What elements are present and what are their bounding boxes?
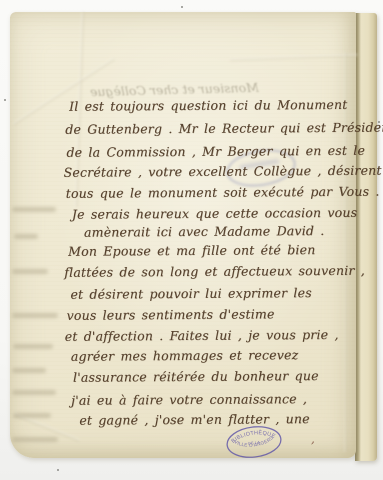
letter-line: l'assurance réitérée du bonheur que bbox=[73, 368, 319, 386]
letter-line: agréer mes hommages et recevez bbox=[71, 347, 299, 365]
letter-line: amènerait ici avec Madame David . bbox=[84, 223, 325, 241]
dust-speck bbox=[57, 469, 59, 471]
letter-line: Je serais heureux que cette occasion vou… bbox=[72, 205, 357, 223]
letter-line: Il est toujours question ici du Monument bbox=[69, 97, 347, 115]
letter-line: j'ai eu à faire votre connaissance , bbox=[71, 391, 307, 409]
ink-mark: , bbox=[311, 432, 315, 446]
letter-line: Secrétaire , votre excellent Collègue , … bbox=[64, 163, 382, 181]
letter-line: tous que le monument soit exécuté par Vo… bbox=[66, 184, 380, 202]
letter-line: de Guttenberg . Mr le Recteur qui est Pr… bbox=[65, 120, 383, 138]
letter-line: flattées de son long et affectueux souve… bbox=[64, 263, 365, 281]
dust-speck bbox=[378, 121, 380, 123]
letter-line: de la Commission , Mr Berger qui en est … bbox=[66, 143, 365, 161]
dust-speck bbox=[4, 99, 6, 101]
scan-viewport: Monsieur et cher Collègue Il est toujour… bbox=[0, 0, 383, 480]
library-stamp: BIBLIOTHÈQUE DE LA VILLE D'ANGERS bbox=[223, 421, 285, 464]
letter-line: et désirent pouvoir lui exprimer les bbox=[70, 285, 311, 303]
dust-speck bbox=[181, 6, 183, 8]
letter-body: Il est toujours question ici du Monument… bbox=[8, 11, 357, 459]
letter-line: Mon Epouse et ma fille ont été bien bbox=[68, 242, 315, 260]
letter-line: vous leurs sentiments d'estime bbox=[67, 306, 275, 323]
letter-page: Monsieur et cher Collègue Il est toujour… bbox=[10, 12, 356, 458]
letter-line: et d'affection . Faites lui , je vous pr… bbox=[65, 327, 339, 345]
second-leaf-edge bbox=[355, 13, 377, 461]
